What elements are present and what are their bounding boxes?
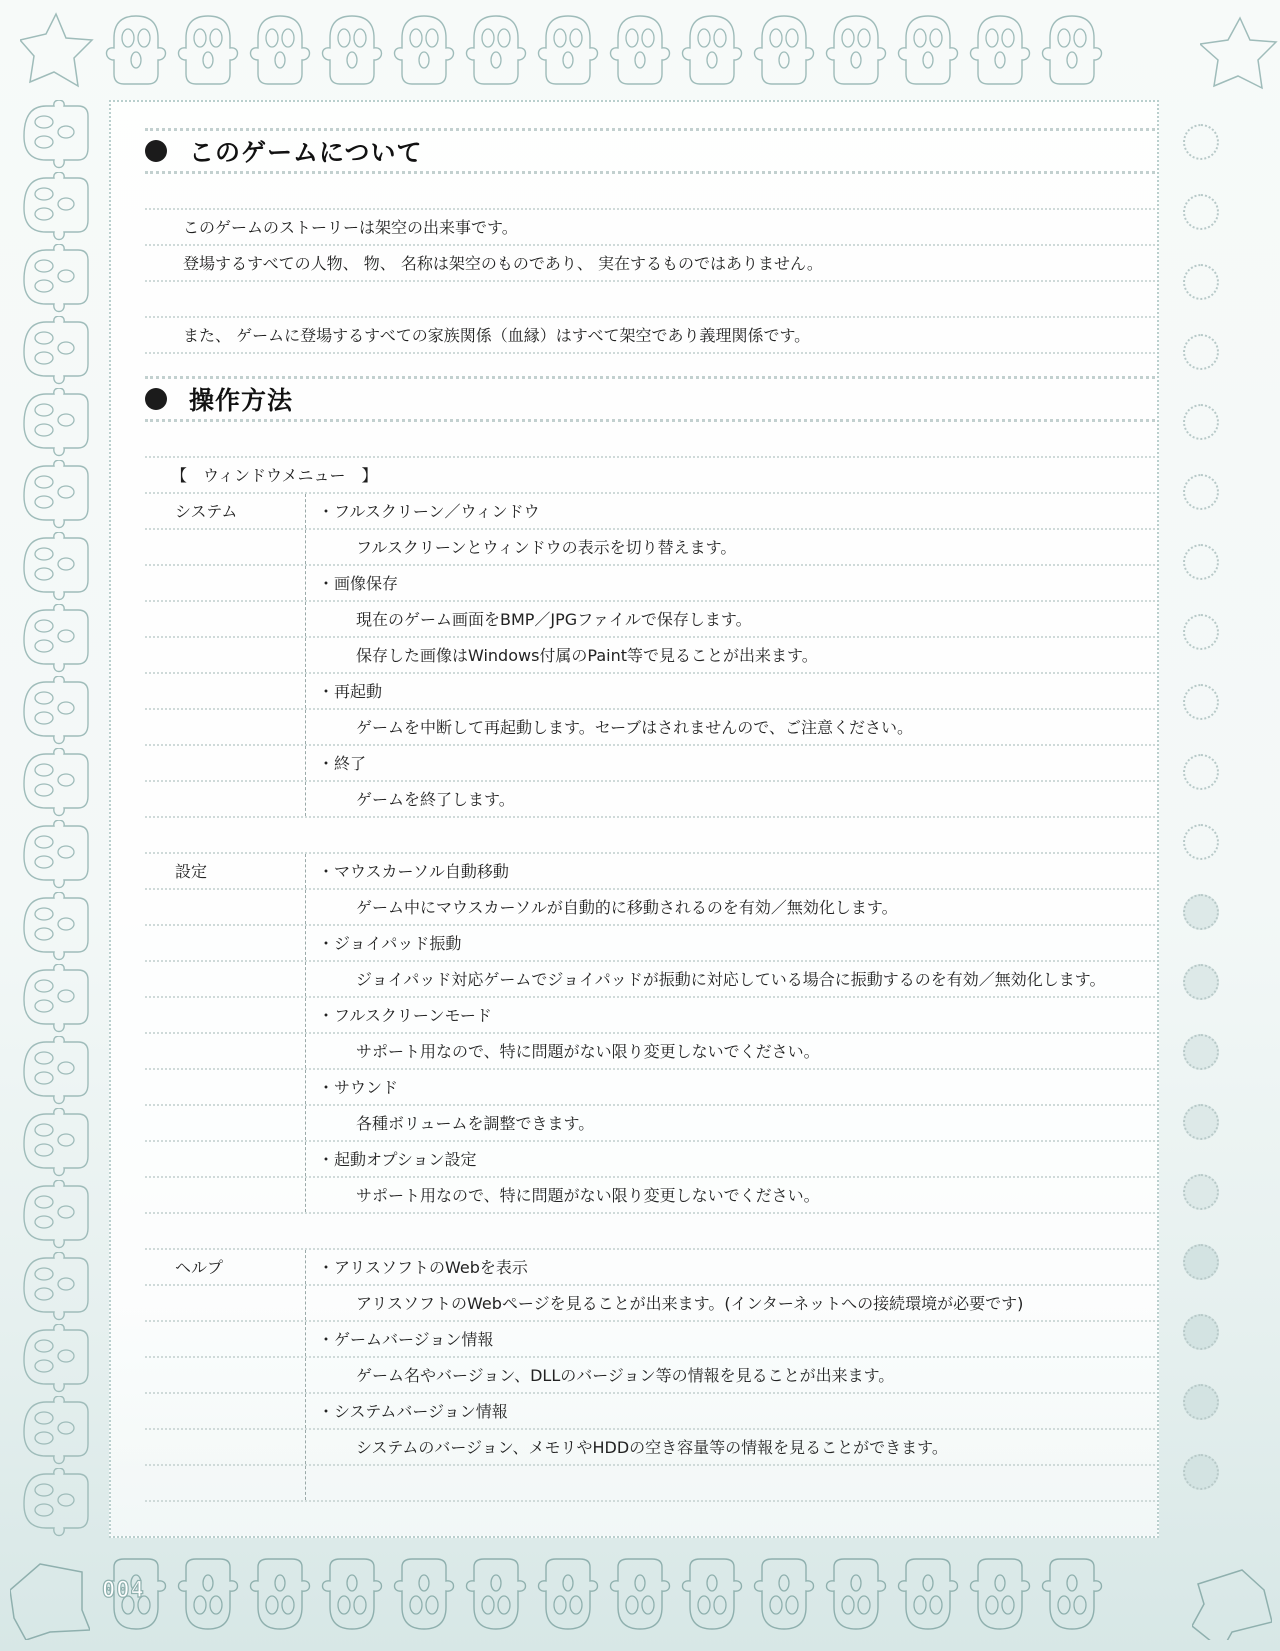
dotted-ring-icon: [1183, 684, 1219, 720]
ghost-face-icon: [892, 1555, 964, 1635]
ghost-face-icon: [18, 316, 98, 388]
menu-item-title: ・ジョイパッド振動: [318, 931, 461, 954]
menu-item-title: ・アリスソフトのWebを表示: [318, 1255, 528, 1278]
left-border-ghosts: [18, 100, 98, 1540]
ghost-face-icon: [748, 1555, 820, 1635]
ghost-face-icon: [18, 460, 98, 532]
dotted-ring-icon: [1183, 194, 1219, 230]
dotted-ring-icon: [1183, 614, 1219, 650]
ghost-face-icon: [316, 8, 388, 88]
dotted-ring-icon: [1183, 334, 1219, 370]
star-outline-icon: [20, 10, 100, 90]
menu-group-system: システム・フルスクリーン／ウィンドウ フルスクリーンとウィンドウの表示を切り替え…: [145, 494, 1155, 818]
ghost-face-icon: [532, 8, 604, 88]
dotted-ring-icon: [1183, 544, 1219, 580]
bullet-dot-icon: [145, 388, 167, 410]
ghost-face-icon: [18, 1468, 98, 1540]
ghost-face-icon: [316, 1555, 388, 1635]
ghost-face-icon: [460, 8, 532, 88]
ghost-face-icon: [604, 8, 676, 88]
menu-item-desc: 各種ボリュームを調整できます。: [356, 1111, 594, 1134]
dotted-ring-icon: [1183, 124, 1219, 160]
dotted-ring-icon: [1183, 474, 1219, 510]
top-border-ghosts: [100, 8, 1108, 88]
menu-item-title: ・画像保存: [318, 571, 398, 594]
ghost-face-icon: [676, 8, 748, 88]
ghost-face-icon: [18, 1180, 98, 1252]
menu-item-desc: アリスソフトのWebページを見ることが出来ます。(インターネットへの接続環境が必…: [356, 1291, 1023, 1314]
ghost-face-icon: [18, 604, 98, 676]
ghost-face-icon: [18, 172, 98, 244]
ghost-face-icon: [820, 1555, 892, 1635]
right-margin-rings: [1183, 124, 1219, 1490]
ghost-face-icon: [172, 1555, 244, 1635]
section-title: このゲームについて: [189, 133, 423, 169]
ghost-face-icon: [1036, 8, 1108, 88]
menu-item-title: ・サウンド: [318, 1075, 398, 1098]
dotted-ring-icon: [1183, 264, 1219, 300]
menu-group-settings: 設定・マウスカーソル自動移動 ゲーム中にマウスカーソルが自動的に移動されるのを有…: [145, 854, 1155, 1214]
menu-item-desc: ゲームを終了します。: [356, 787, 515, 810]
ghost-face-icon: [100, 8, 172, 88]
ghost-face-icon: [892, 8, 964, 88]
menu-group-help: ヘルプ・アリスソフトのWebを表示 アリスソフトのWebページを見ることが出来ま…: [145, 1250, 1155, 1502]
menu-item-title: ・終了: [318, 751, 366, 774]
section-header-about: このゲームについて: [145, 128, 1155, 174]
menu-item-title: ・再起動: [318, 679, 382, 702]
menu-item-desc: ゲームを中断して再起動します。セーブはされませんので、ご注意ください。: [356, 715, 913, 738]
page-content: このゲームについて このゲームのストーリーは架空の出来事です。 登場するすべての…: [145, 128, 1155, 1502]
dotted-ring-icon: [1183, 404, 1219, 440]
dotted-ring-icon: [1183, 1384, 1219, 1420]
dotted-ring-icon: [1183, 754, 1219, 790]
menu-item-desc: ゲーム名やバージョン、DLLのバージョン等の情報を見ることが出来ます。: [356, 1363, 894, 1386]
ghost-face-icon: [18, 676, 98, 748]
dotted-ring-icon: [1183, 1454, 1219, 1490]
ghost-face-icon: [18, 1252, 98, 1324]
ghost-face-icon: [1036, 1555, 1108, 1635]
ghost-face-icon: [532, 1555, 604, 1635]
menu-item-desc: システムのバージョン、メモリやHDDの空き容量等の情報を見ることができます。: [356, 1435, 948, 1458]
page-number: 004: [102, 1578, 145, 1603]
ghost-face-icon: [18, 1396, 98, 1468]
menu-item-title: ・フルスクリーンモード: [318, 1003, 492, 1026]
ghost-face-icon: [172, 8, 244, 88]
ghost-face-icon: [18, 100, 98, 172]
ghost-face-icon: [748, 8, 820, 88]
menu-item-desc: サポート用なので、特に問題がない限り変更しないでください。: [356, 1039, 820, 1062]
ghost-face-icon: [388, 8, 460, 88]
paragraph-line: このゲームのストーリーは架空の出来事です。: [145, 210, 1155, 246]
section-header-controls: 操作方法: [145, 376, 1155, 422]
paragraph-line: 登場するすべての人物、 物、 名称は架空のものであり、 実在するものではありませ…: [145, 246, 1155, 282]
ghost-face-icon: [18, 1036, 98, 1108]
dotted-ring-icon: [1183, 1104, 1219, 1140]
ghost-face-icon: [18, 748, 98, 820]
ghost-face-icon: [18, 1324, 98, 1396]
menu-item-desc: サポート用なので、特に問題がない限り変更しないでください。: [356, 1183, 820, 1206]
ghost-face-icon: [18, 892, 98, 964]
ghost-face-icon: [460, 1555, 532, 1635]
ghost-face-icon: [964, 1555, 1036, 1635]
ghost-face-icon: [18, 532, 98, 604]
ghost-face-icon: [676, 1555, 748, 1635]
menu-item-title: ・フルスクリーン／ウィンドウ: [318, 499, 540, 522]
menu-item-desc: ジョイパッド対応ゲームでジョイパッドが振動に対応している場合に振動するのを有効／…: [356, 967, 1105, 990]
category-label: ヘルプ: [175, 1255, 223, 1278]
ghost-face-icon: [388, 1555, 460, 1635]
bullet-dot-icon: [145, 140, 167, 162]
menu-item-title: ・ゲームバージョン情報: [318, 1327, 493, 1350]
dotted-ring-icon: [1183, 824, 1219, 860]
ghost-face-icon: [18, 388, 98, 460]
category-label: 設定: [175, 859, 207, 882]
paragraph-line: また、 ゲームに登場するすべての家族関係（血縁）はすべて架空であり義理関係です。: [145, 318, 1155, 354]
bottom-border-ghosts: [100, 1555, 1108, 1635]
ghost-face-icon: [18, 820, 98, 892]
dotted-ring-icon: [1183, 1314, 1219, 1350]
ghost-face-icon: [18, 964, 98, 1036]
menu-item-desc: ゲーム中にマウスカーソルが自動的に移動されるのを有効／無効化します。: [356, 895, 898, 918]
dotted-ring-icon: [1183, 894, 1219, 930]
dotted-ring-icon: [1183, 1244, 1219, 1280]
ghost-face-icon: [18, 244, 98, 316]
menu-item-title: ・起動オプション設定: [318, 1147, 477, 1170]
section-title: 操作方法: [189, 381, 293, 417]
menu-item-desc: フルスクリーンとウィンドウの表示を切り替えます。: [356, 535, 736, 558]
ghost-face-icon: [244, 1555, 316, 1635]
menu-item-desc: 現在のゲーム画面をBMP／JPGファイルで保存します。: [356, 607, 752, 630]
dotted-ring-icon: [1183, 964, 1219, 1000]
menu-item-title: ・マウスカーソル自動移動: [318, 859, 509, 882]
star-outline-icon: [10, 1560, 90, 1640]
dotted-ring-icon: [1183, 1174, 1219, 1210]
dotted-ring-icon: [1183, 1034, 1219, 1070]
ghost-face-icon: [964, 8, 1036, 88]
menu-item-desc: 保存した画像はWindows付属のPaint等で見ることが出来ます。: [356, 643, 818, 666]
ghost-face-icon: [604, 1555, 676, 1635]
ghost-face-icon: [820, 8, 892, 88]
star-outline-icon: [1200, 14, 1280, 94]
star-outline-icon: [1192, 1560, 1272, 1640]
category-label: システム: [175, 499, 237, 522]
ghost-face-icon: [244, 8, 316, 88]
menu-item-title: ・システムバージョン情報: [318, 1399, 508, 1422]
window-menu-subheading: 【 ウィンドウメニュー 】: [145, 458, 1155, 494]
ghost-face-icon: [18, 1108, 98, 1180]
